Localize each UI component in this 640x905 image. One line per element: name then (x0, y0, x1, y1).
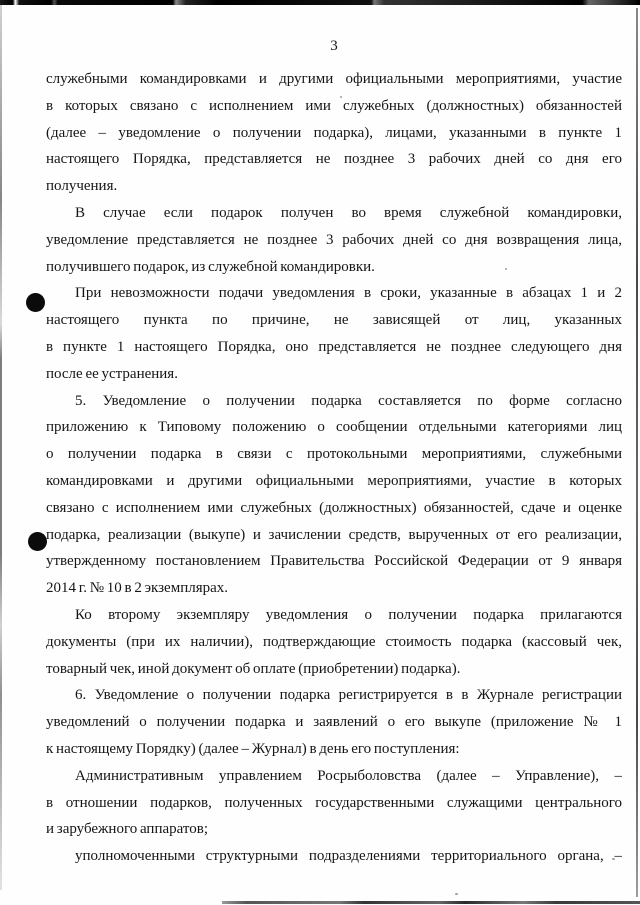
text-line: подарка, реализации (выкупе) и зачислени… (46, 522, 622, 549)
text-line: получившего подарок, из служебной команд… (46, 254, 622, 281)
scanned-page: 3 служебными командировками и другими оф… (0, 0, 640, 905)
text-line: документы (при их наличии), подтверждающ… (46, 629, 622, 656)
text-line: 5. Уведомление о получении подарка соста… (46, 388, 622, 415)
scan-dust-speck (455, 893, 458, 895)
text-line: уведомление представляется не позднее 3 … (46, 227, 622, 254)
text-line: настоящего пункта по причине, не зависящ… (46, 307, 622, 334)
text-line: уполномоченными структурными подразделен… (46, 843, 622, 870)
text-line: товарный чек, иной документ об оплате (п… (46, 656, 622, 683)
text-line: Ко второму экземпляру уведомления о полу… (46, 602, 622, 629)
text-line: получения. (46, 173, 622, 200)
hole-punch-mark-top (26, 293, 45, 312)
scan-edge-top (0, 0, 640, 5)
text-line: в пункте 1 настоящего Порядка, оно предс… (46, 334, 622, 361)
text-line: к настоящему Порядку) (далее – Журнал) в… (46, 736, 622, 763)
text-line: При невозможности подачи уведомления в с… (46, 280, 622, 307)
text-line: (далее – уведомление о получении подарка… (46, 120, 622, 147)
scan-edge-left (0, 5, 2, 890)
text-line: приложению к Типовому положению о сообще… (46, 414, 622, 441)
text-line: в которых связано с исполнением ими служ… (46, 93, 622, 120)
text-line: о получении подарка в связи с протокольн… (46, 441, 622, 468)
text-line: утвержденному постановлением Правительст… (46, 548, 622, 575)
text-line: настоящего Порядка, представляется не по… (46, 146, 622, 173)
text-line: 2014 г. № 10 в 2 экземплярах. (46, 575, 622, 602)
text-line: в отношении подарков, полученных государ… (46, 790, 622, 817)
scan-edge-right (636, 8, 638, 897)
text-line: В случае если подарок получен во время с… (46, 200, 622, 227)
text-line: 6. Уведомление о получении подарка регис… (46, 682, 622, 709)
page-number: 3 (46, 38, 622, 55)
text-line: и зарубежного аппаратов; (46, 816, 622, 843)
hole-punch-mark-bottom (28, 532, 47, 551)
document-body: служебными командировками и другими офиц… (46, 66, 622, 870)
text-line: командировками и другими официальными ме… (46, 468, 622, 495)
text-line: Административным управлением Росрыболовс… (46, 763, 622, 790)
text-line: уведомлений о получении подарка и заявле… (46, 709, 622, 736)
text-line: связано с исполнением ими служебных (дол… (46, 495, 622, 522)
scan-edge-bottom (222, 901, 640, 904)
text-line: после ее устранения. (46, 361, 622, 388)
text-line: служебными командировками и другими офиц… (46, 66, 622, 93)
